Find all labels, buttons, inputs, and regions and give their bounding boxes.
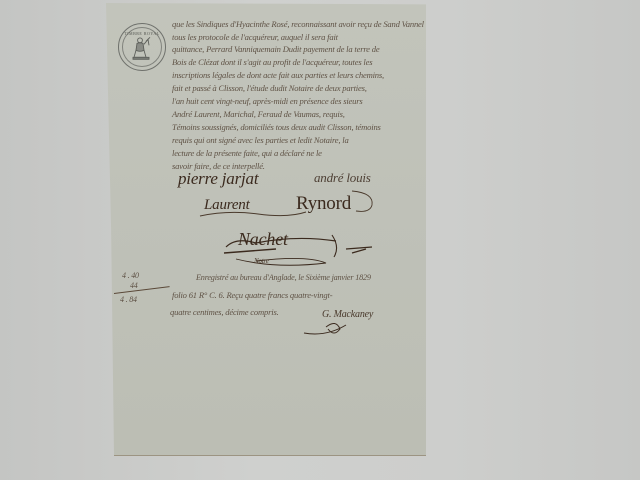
signature-pierre-jarjat: pierre jarjat: [178, 169, 258, 189]
seated-figure-seal-icon: [130, 35, 154, 61]
body-line-2: tous les protocole de l'acquéreur, auque…: [172, 32, 338, 42]
rynord-flourish: [344, 187, 384, 217]
registration-line-3: quatre centimes, décime compris.: [170, 307, 279, 317]
document-page: TIMBRE ROYAL que les Sindiques d'Hyacint…: [106, 3, 426, 456]
body-line-6: fait et passé à Clisson, l'étude dudit N…: [172, 83, 367, 93]
body-line-11: lecture de la présente faite, qui a décl…: [172, 148, 322, 158]
registration-line-1: Enregistré au bureau d'Anglade, le Sixiè…: [196, 273, 371, 282]
body-line-8: André Laurent, Marichal, Feraud de Vauma…: [172, 109, 345, 119]
margin-figure-line1: 4 . 40: [122, 271, 139, 280]
laurent-underline-flourish: [198, 208, 308, 220]
margin-figure-total: 4 . 84: [120, 295, 137, 304]
body-line-1: que les Sindiques d'Hyacinthe Rosé, reco…: [172, 19, 424, 29]
body-line-3: quittance, Perrard Vanniquemain Dudit pa…: [172, 44, 379, 54]
body-line-9: Témoins soussignés, domiciliés tous deux…: [172, 122, 381, 132]
signature-andre-louis: andré louis: [314, 170, 371, 186]
body-line-5: inscriptions légales de dont acte fait a…: [172, 70, 384, 80]
body-line-4: Bois de Clézat dont il s'agit au profit …: [172, 57, 372, 67]
receiver-paraph-flourish: [296, 315, 366, 341]
signature-nachet-notary: Nachet: [238, 229, 288, 250]
notary-title: Notre: [254, 257, 269, 265]
registration-line-2: folio 61 R° C. 6. Reçu quatre francs qua…: [172, 290, 332, 300]
signature-rynord: Rynord: [296, 193, 351, 215]
margin-figure-line2: 44: [130, 281, 138, 290]
body-line-10: requis qui ont signé avec les parties et…: [172, 135, 349, 145]
margin-sum-rule: [114, 286, 170, 294]
body-line-7: l'an huit cent vingt-neuf, après-midi en…: [172, 96, 363, 106]
royal-stamp: TIMBRE ROYAL: [118, 23, 166, 71]
